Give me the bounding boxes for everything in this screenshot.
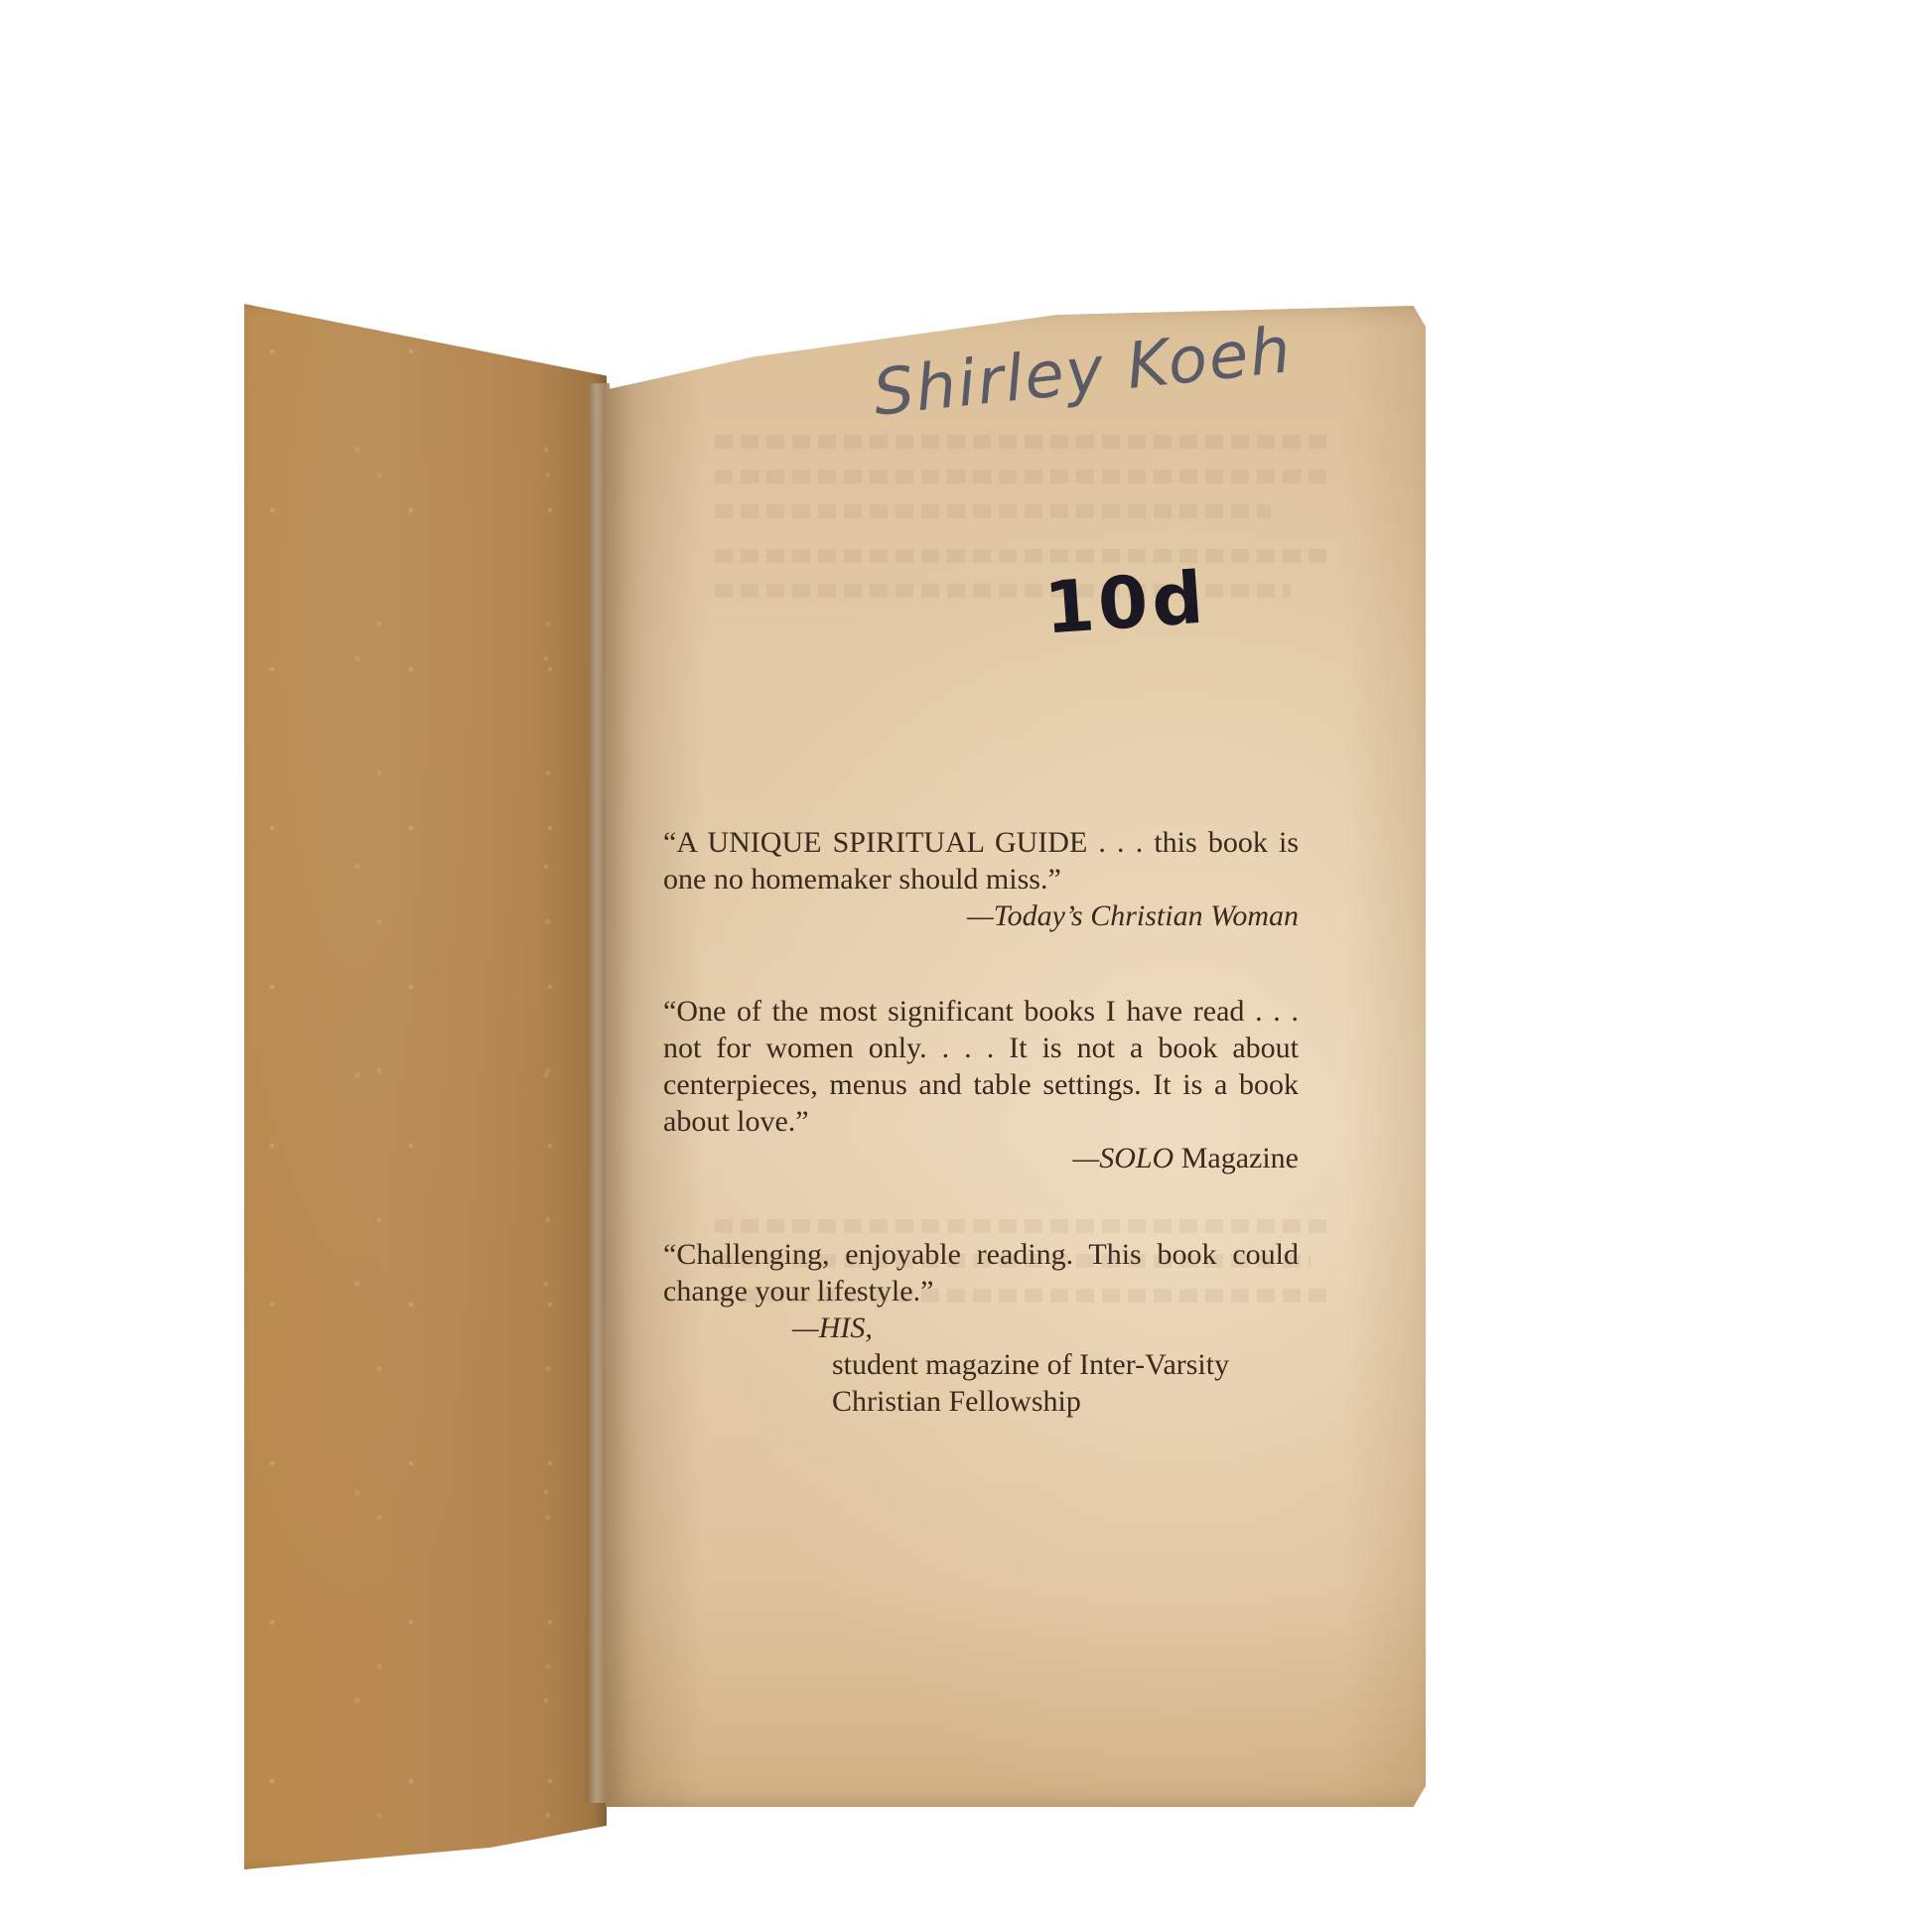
review-blurb: “A UNIQUE SPIRITUAL GUIDE . . . this boo… [663, 824, 1299, 935]
handwritten-price-mark: 10d [1041, 555, 1209, 649]
review-quote: “One of the most significant books I hav… [663, 993, 1299, 1140]
review-quote: “Challenging, enjoyable reading. This bo… [663, 1236, 1299, 1310]
review-attribution: —SOLO Magazine [663, 1140, 1299, 1177]
inside-front-cover [244, 304, 607, 1869]
review-attribution: —HIS, student magazine of Inter-Varsity … [832, 1310, 1299, 1420]
bleed-through-text [715, 435, 1330, 449]
review-blurb: “One of the most significant books I hav… [663, 993, 1299, 1177]
review-source: SOLO [1099, 1142, 1173, 1174]
attribution-dash: — [792, 1311, 819, 1344]
review-source-suffix: Magazine [1173, 1142, 1299, 1174]
review-attribution: —Today’s Christian Woman [663, 897, 1299, 935]
bleed-through-text [715, 1219, 1330, 1233]
bleed-through-text [715, 470, 1330, 483]
review-source: HIS, [819, 1311, 873, 1344]
review-source-detail: Christian Fellowship [832, 1383, 1299, 1420]
review-quote: “A UNIQUE SPIRITUAL GUIDE . . . this boo… [663, 824, 1299, 897]
attribution-dash: — [1073, 1142, 1100, 1174]
review-source: Today’s Christian Woman [994, 899, 1299, 932]
review-source-line: —HIS, [792, 1310, 1299, 1346]
review-blurb: “Challenging, enjoyable reading. This bo… [663, 1236, 1299, 1420]
bleed-through-text [715, 549, 1330, 563]
attribution-dash: — [967, 899, 994, 932]
review-source-detail: student magazine of Inter-Varsity [832, 1346, 1299, 1383]
book-photo: Shirley Koeh 10d “A UNIQUE SPIRITUAL GUI… [0, 0, 1932, 1932]
bleed-through-text [715, 504, 1271, 518]
paper-texture [244, 304, 607, 1869]
